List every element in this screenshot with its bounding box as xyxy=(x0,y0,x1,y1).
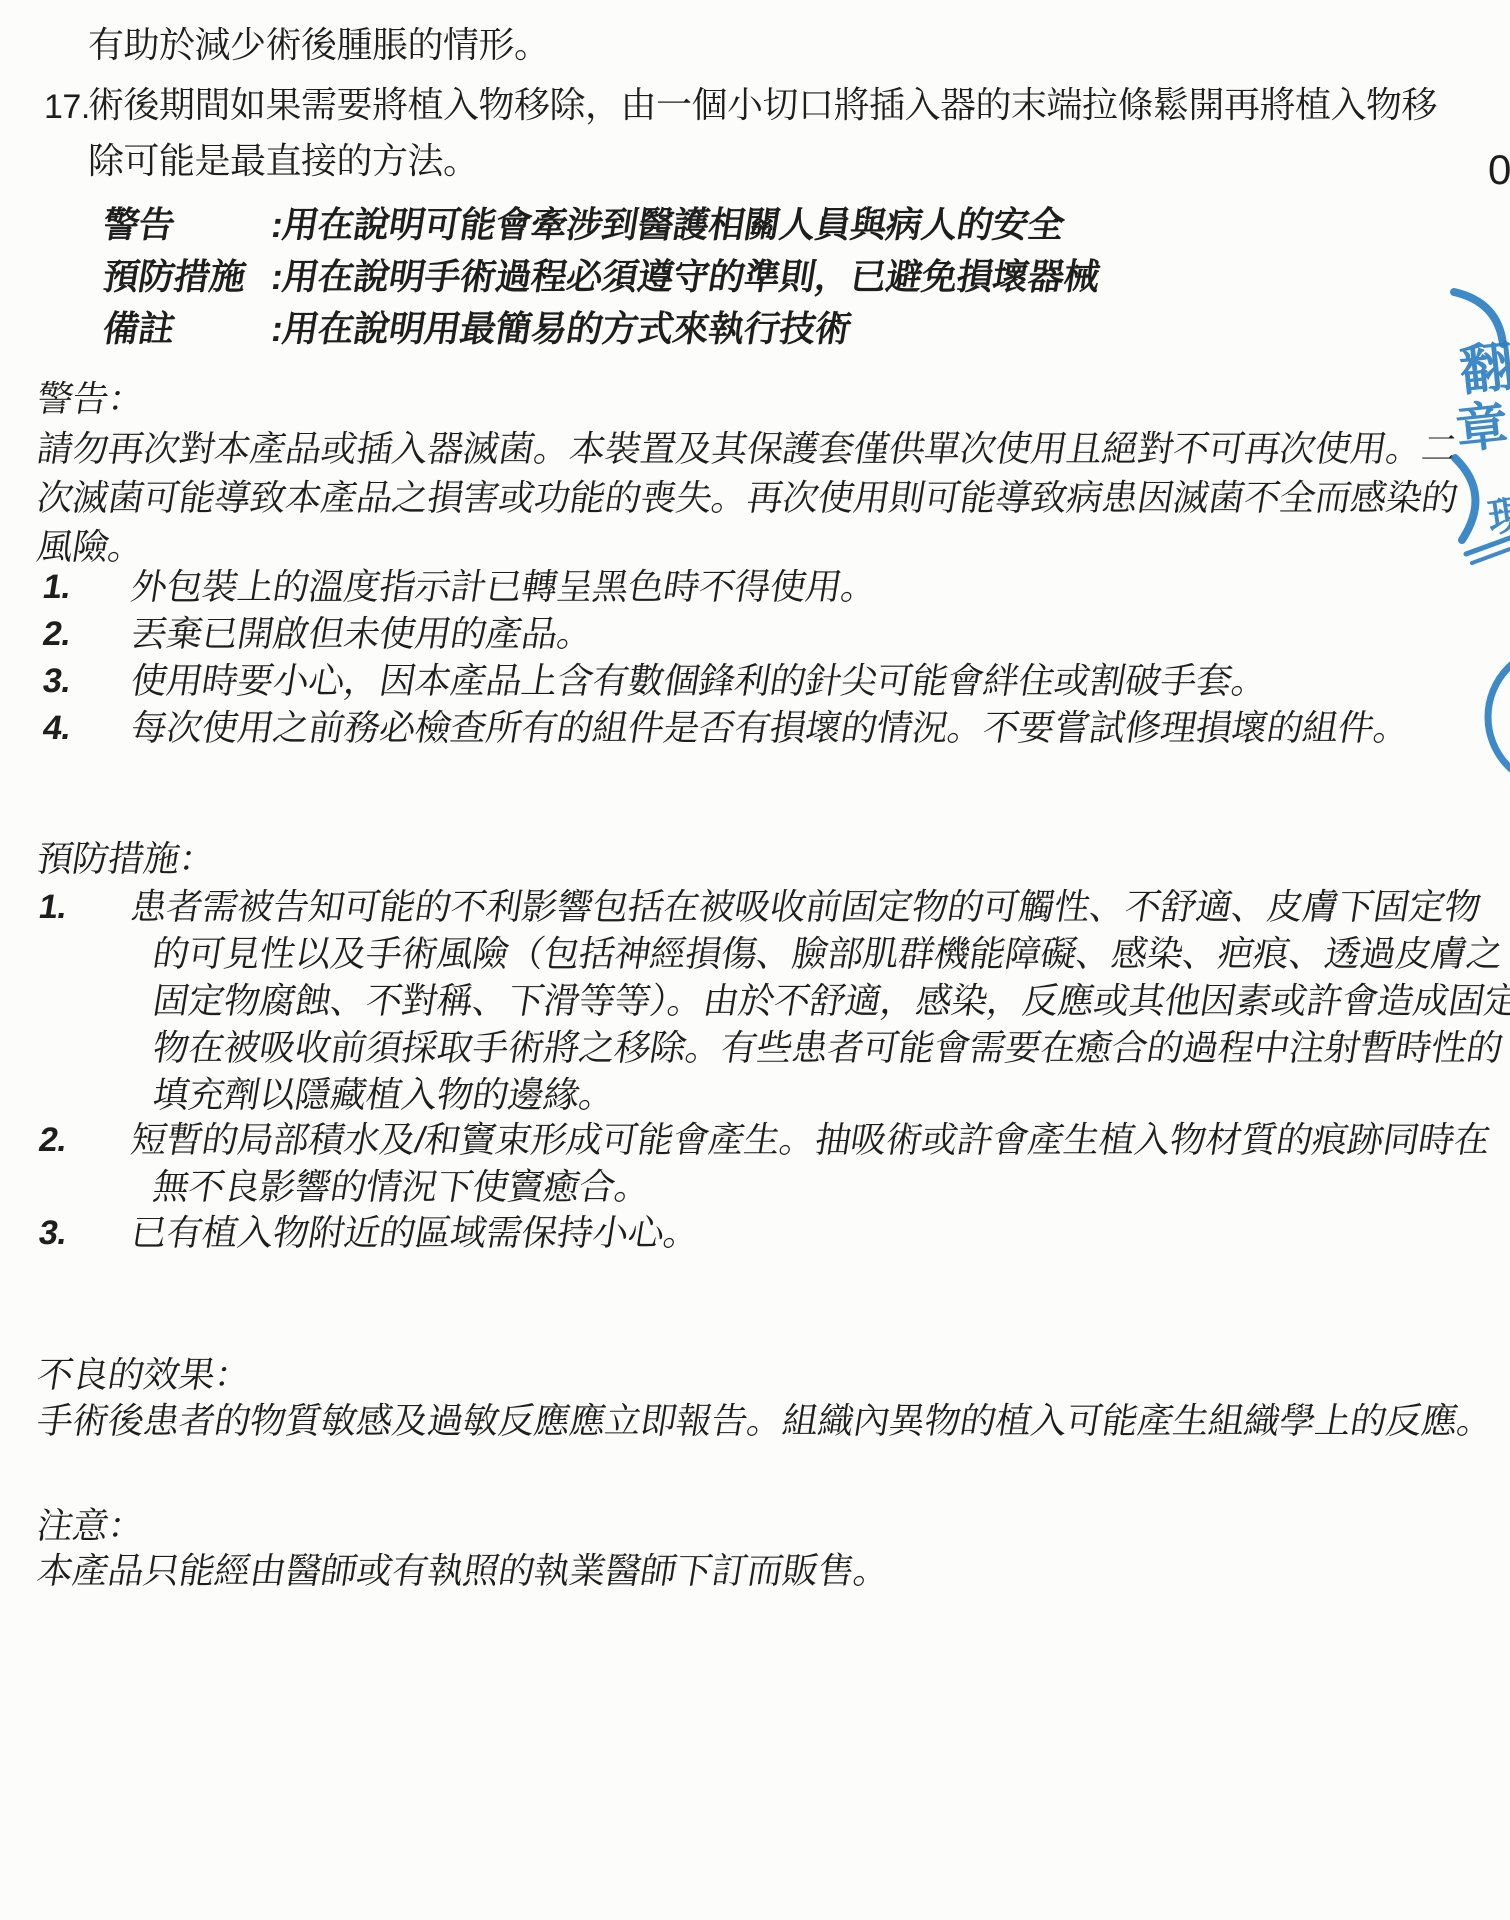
step-17-line-2: 除可能是最直接的方法。 xyxy=(88,140,479,181)
precaution-item-1-line-3: 固定物腐蝕、不對稱、下滑等等）。由於不舒適，感染，反應或其他因素或許會造成固定 xyxy=(150,980,1510,1021)
warnings-para-line-2: 次滅菌可能導致本產品之損害或功能的喪失。再次使用則可能導致病患因滅菌不全而感染的 xyxy=(34,477,1461,518)
stamp-circle-arc xyxy=(1488,647,1510,787)
precaution-item-3-line-1: 已有植入物附近的區域需保持小心。 xyxy=(128,1212,703,1253)
warnings-para-line-3: 風險。 xyxy=(34,526,147,567)
precaution-item-2-line-2: 無不良影響的情況下使竇癒合。 xyxy=(150,1166,654,1207)
precaution-item-1-line-1: 患者需被告知可能的不利影響包括在被吸收前固定物的可觸性、不舒適、皮膚下固定物 xyxy=(128,886,1484,927)
precaution-item-1-line-5: 填充劑以隱藏植入物的邊緣。 xyxy=(150,1074,618,1115)
edge-page-fragment: 0 xyxy=(1488,146,1510,194)
stamp-glyph-2: 章 xyxy=(1453,397,1510,460)
stamp-glyph-3: 現 xyxy=(1485,492,1510,541)
stamp-glyph-1: 翻 xyxy=(1457,337,1510,402)
warning-item-1-text: 外包裝上的溫度指示計已轉呈黑色時不得使用。 xyxy=(128,566,880,607)
warning-item-2-number: 2. xyxy=(40,615,74,654)
warning-item-4-number: 4. xyxy=(40,709,74,748)
stamp-top-arc xyxy=(1454,292,1503,344)
caution-body: 本產品只能經由醫師或有執照的執業醫師下訂而販售。 xyxy=(34,1550,893,1591)
adverse-effects-body: 手術後患者的物質敏感及過敏反應應立即報告。組織內異物的植入可能產生組織學上的反應… xyxy=(34,1400,1496,1441)
legend-term-warning: 警告 xyxy=(100,204,178,245)
warnings-heading: 警告： xyxy=(34,378,147,419)
warning-item-4-text: 每次使用之前務必檢查所有的組件是否有損壞的情況。不要嘗試修理損壞的組件。 xyxy=(128,707,1413,748)
warning-item-2-text: 丟棄已開啟但未使用的產品。 xyxy=(128,613,596,654)
adverse-effects-heading: 不良的效果： xyxy=(34,1354,254,1395)
stamp-paren-arc xyxy=(1455,458,1475,540)
warning-item-3-text: 使用時要小心，因本產品上含有數個鋒利的針尖可能會絆住或割破手套。 xyxy=(128,660,1271,701)
approval-stamp: 翻 章 現 xyxy=(1398,282,1510,882)
precaution-item-2-number: 2. xyxy=(36,1121,70,1160)
legend-def-precaution: :用在說明手術過程必須遵守的準則，已避免損壞器械 xyxy=(268,256,1103,297)
legend-def-warning: :用在說明可能會牽涉到醫護相關人員與病人的安全 xyxy=(268,204,1067,245)
warnings-para-line-1: 請勿再次對本產品或插入器滅菌。本裝置及其保護套僅供單次使用且絕對不可再次使用。二 xyxy=(34,428,1461,469)
legend-term-note: 備註 xyxy=(100,308,178,349)
step-17-line-1: 術後期間如果需要將植入物移除，由一個小切口將插入器的末端拉條鬆開再將植入物移 xyxy=(88,84,1437,125)
precaution-item-1-line-2: 的可見性以及手術風險（包括神經損傷、臉部肌群機能障礙、感染、疤痕、透過皮膚之 xyxy=(150,933,1506,974)
warning-item-3-number: 3. xyxy=(40,662,74,701)
precaution-item-1-number: 1. xyxy=(36,888,70,927)
caution-heading: 注意： xyxy=(34,1505,147,1546)
precaution-item-2-line-1: 短暫的局部積水及/和竇束形成可能會產生。抽吸術或許會產生植入物材質的痕跡同時在 xyxy=(128,1119,1493,1160)
intro-hanging-line: 有助於減少術後腫脹的情形。 xyxy=(88,24,550,65)
legend-term-precaution: 預防措施 xyxy=(100,256,249,297)
legend-def-note: :用在說明用最簡易的方式來執行技術 xyxy=(268,308,854,349)
precautions-heading: 預防措施： xyxy=(34,838,218,879)
warning-item-1-number: 1. xyxy=(40,568,74,607)
step-17-number: 17. xyxy=(44,88,90,127)
precaution-item-3-number: 3. xyxy=(36,1214,70,1253)
scanned-document-page: 有助於減少術後腫脹的情形。 17. 術後期間如果需要將植入物移除，由一個小切口將… xyxy=(0,0,1510,1920)
precaution-item-1-line-4: 物在被吸收前須採取手術將之移除。有些患者可能會需要在癒合的過程中注射暫時性的 xyxy=(150,1027,1506,1068)
